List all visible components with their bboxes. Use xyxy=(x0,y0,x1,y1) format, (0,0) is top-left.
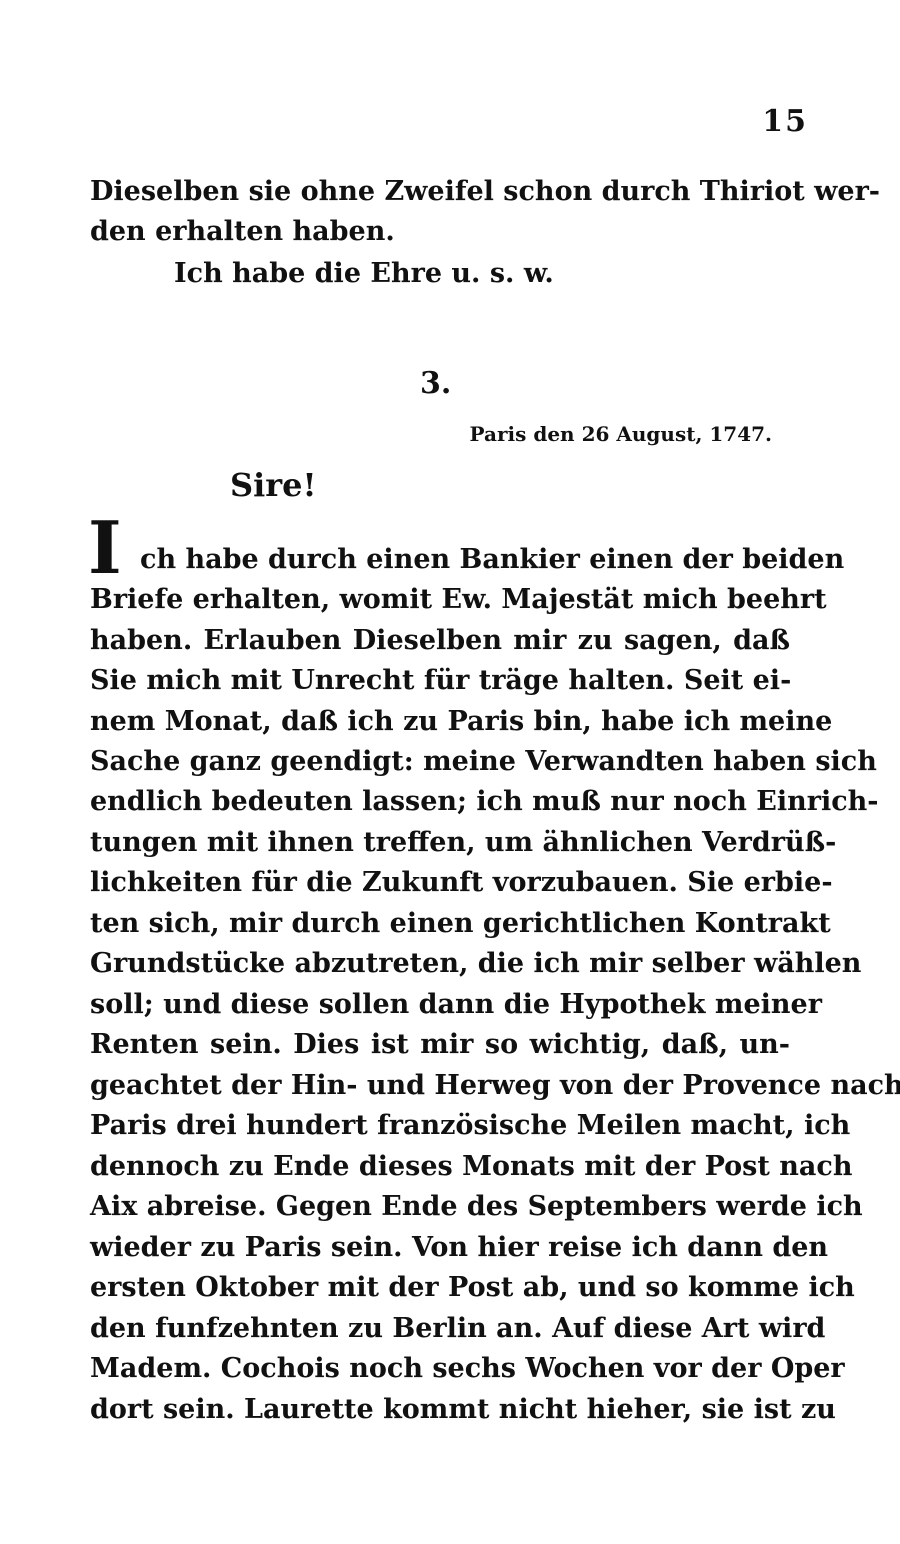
body-line: Sache ganz geendigt: meine Verwandten ha… xyxy=(90,742,790,782)
body-line: den funfzehnten zu Berlin an. Auf diese … xyxy=(90,1309,790,1349)
letter-salutation: Sire! xyxy=(230,466,317,504)
body-line: nem Monat, daß ich zu Paris bin, habe ic… xyxy=(90,702,790,742)
scanned-book-page: 15 Dieselben sie ohne Zweifel schon durc… xyxy=(0,0,900,1544)
body-line: Briefe erhalten, womit Ew. Majestät mich… xyxy=(90,580,790,620)
letter-closing: Ich habe die Ehre u. s. w. xyxy=(174,254,554,294)
body-line: endlich bedeuten lassen; ich muß nur noc… xyxy=(90,782,790,822)
body-line: wieder zu Paris sein. Von hier reise ich… xyxy=(90,1228,790,1268)
body-line: dennoch zu Ende dieses Monats mit der Po… xyxy=(90,1147,790,1187)
body-line: Renten sein. Dies ist mir so wichtig, da… xyxy=(90,1025,790,1065)
body-line: ch habe durch einen Bankier einen der be… xyxy=(140,540,790,580)
body-line: Madem. Cochois noch sechs Wochen vor der… xyxy=(90,1349,790,1389)
letter-number: 3. xyxy=(420,366,451,401)
body-line: Aix abreise. Gegen Ende des Septembers w… xyxy=(90,1187,790,1227)
body-line: Paris drei hundert französische Meilen m… xyxy=(90,1106,790,1146)
body-line: soll; und diese sollen dann die Hypothek… xyxy=(90,985,790,1025)
drop-cap-initial: I xyxy=(88,512,122,584)
body-line: haben. Erlauben Dieselben mir zu sagen, … xyxy=(90,621,790,661)
body-line: Sie mich mit Unrecht für träge halten. S… xyxy=(90,661,790,701)
continuation-line: den erhalten haben. xyxy=(90,212,790,252)
body-line: ten sich, mir durch einen gerichtlichen … xyxy=(90,904,790,944)
body-line: tungen mit ihnen treffen, um ähnlichen V… xyxy=(90,823,790,863)
body-line: geachtet der Hin- und Herweg von der Pro… xyxy=(90,1066,790,1106)
body-line: Grundstücke abzutreten, die ich mir selb… xyxy=(90,944,790,984)
body-line: dort sein. Laurette kommt nicht hieher, … xyxy=(90,1390,790,1430)
page-number: 15 xyxy=(762,104,808,139)
body-line: ersten Oktober mit der Post ab, und so k… xyxy=(90,1268,790,1308)
continuation-line: Dieselben sie ohne Zweifel schon durch T… xyxy=(90,172,790,212)
body-line: lichkeiten für die Zukunft vorzubauen. S… xyxy=(90,863,790,903)
letter-dateline: Paris den 26 August, 1747. xyxy=(470,422,772,446)
